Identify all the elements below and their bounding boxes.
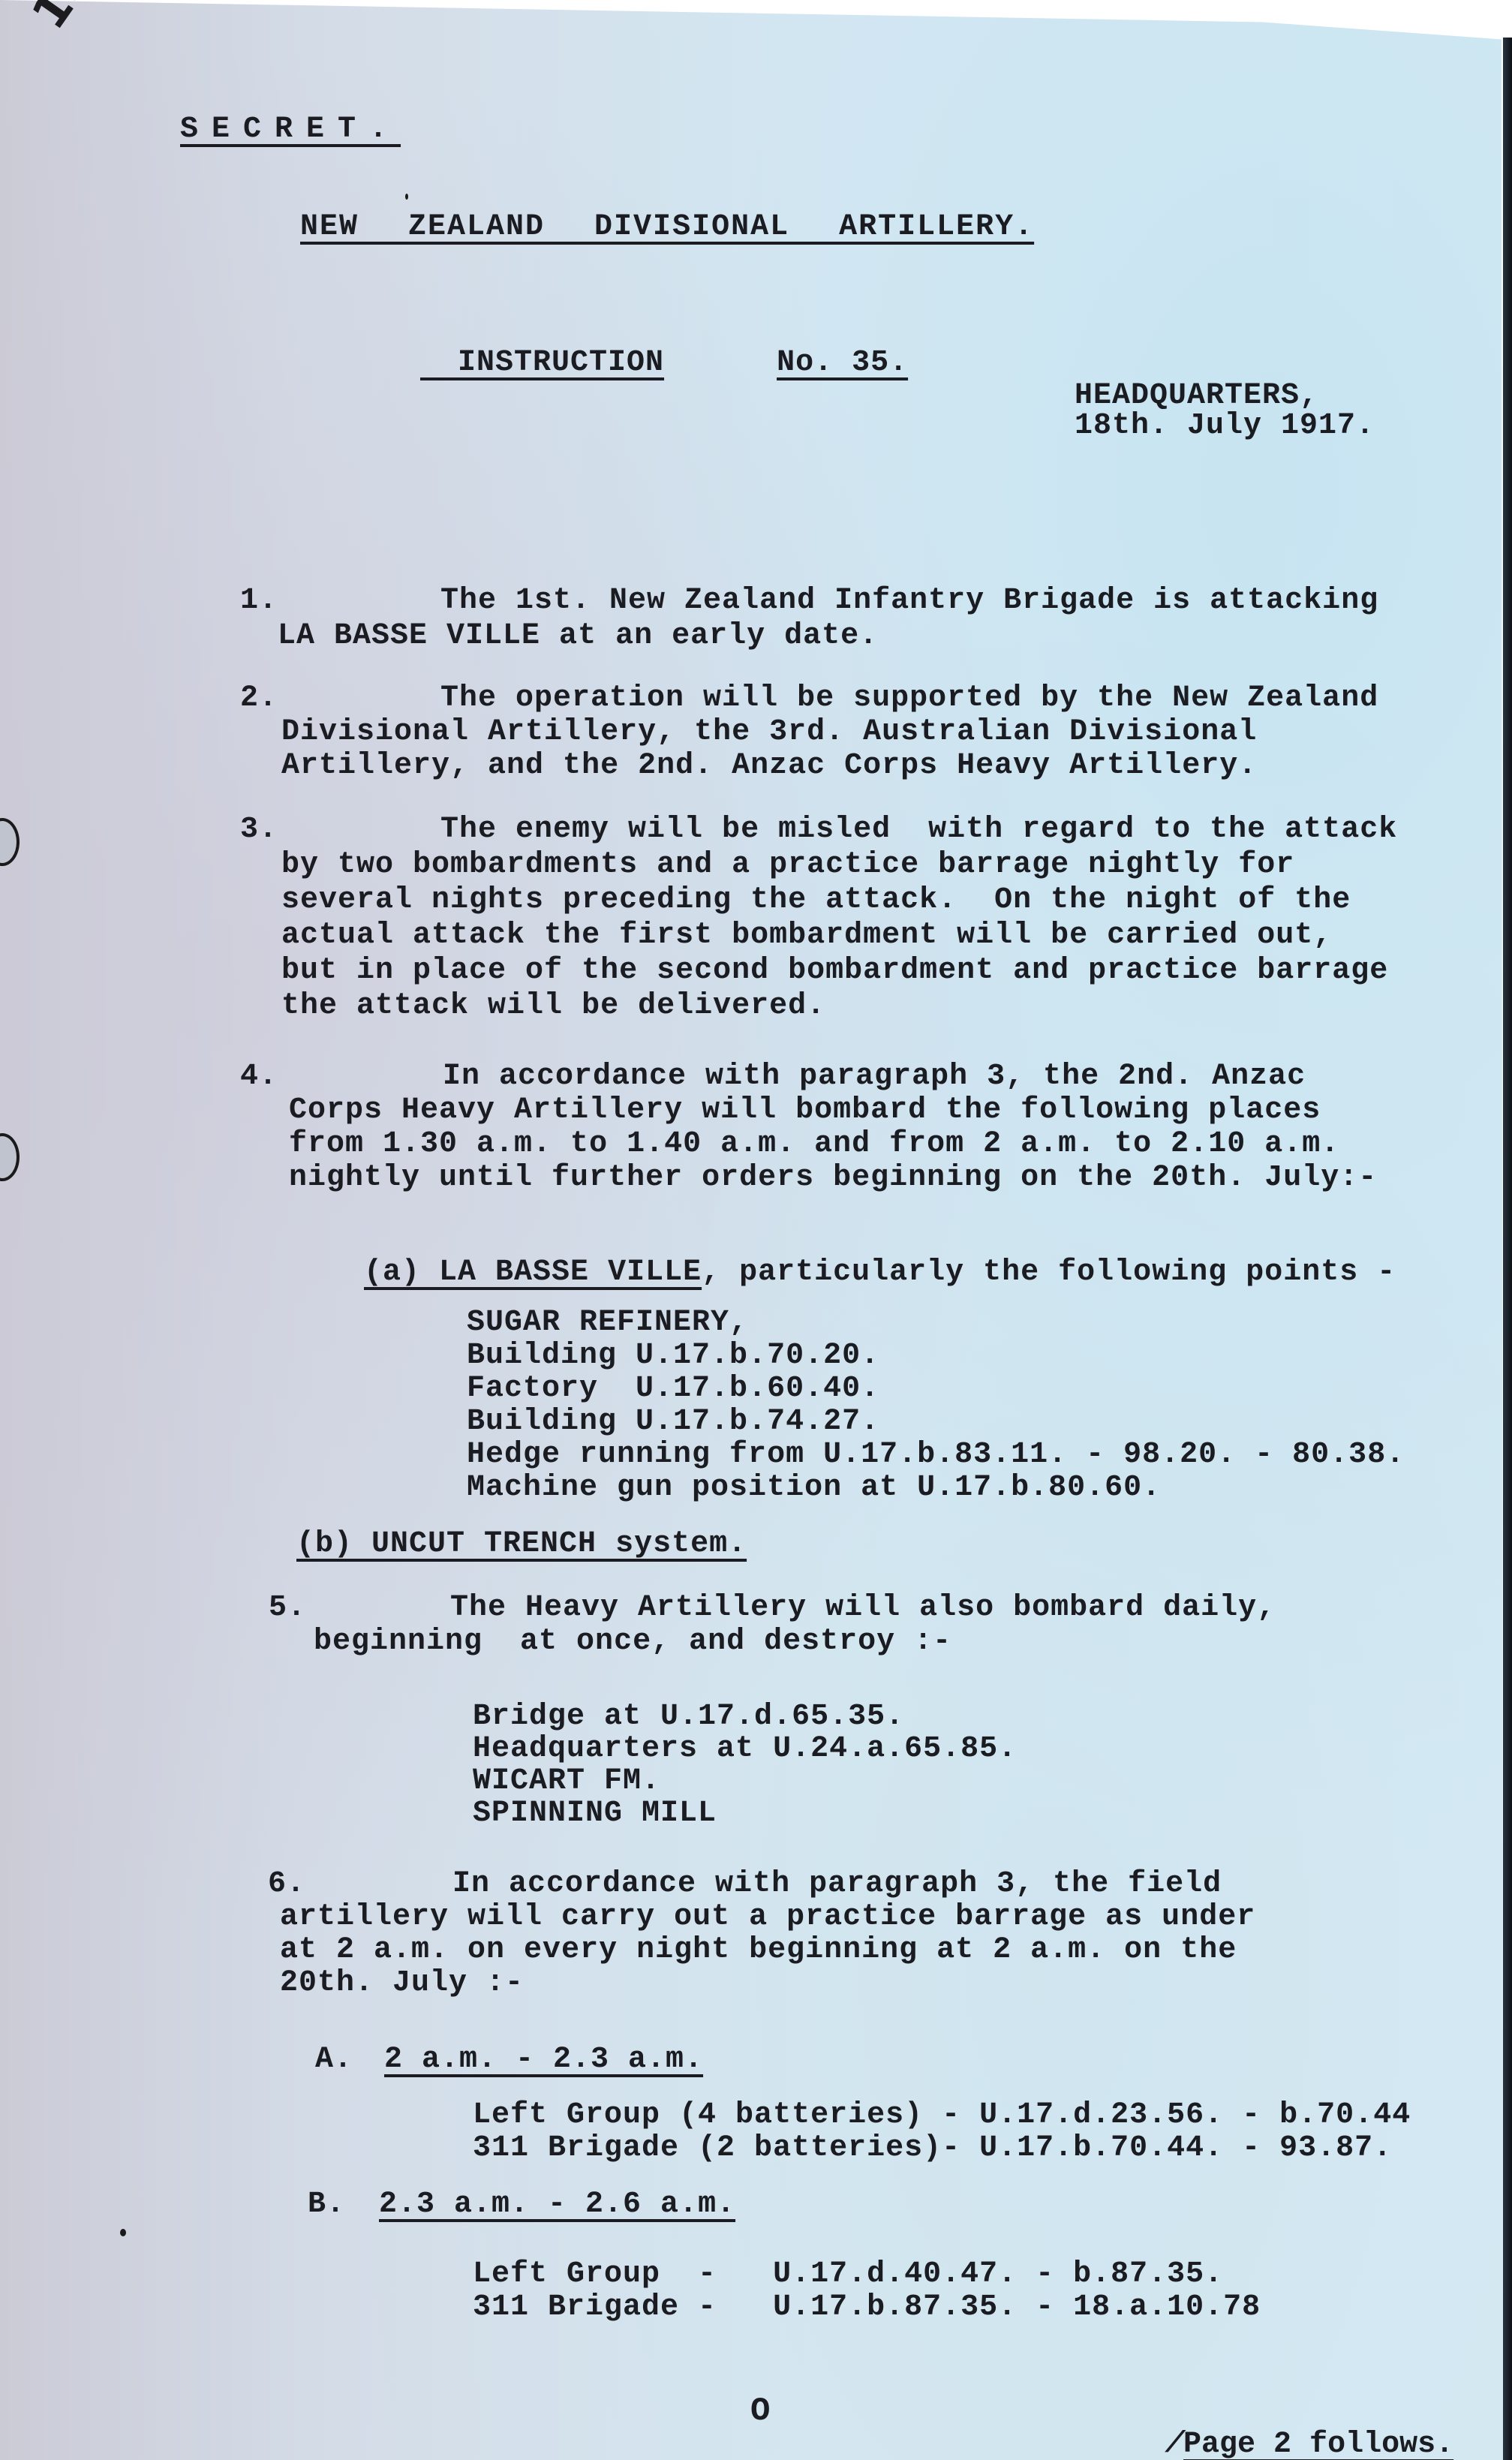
paragraph-number: 4. [240, 1060, 278, 1094]
paragraph-line: nightly until further orders beginning o… [289, 1161, 1377, 1195]
paragraph-line: The operation will be supported by the N… [440, 681, 1378, 716]
paragraph-line: The 1st. New Zealand Infantry Brigade is… [440, 584, 1378, 618]
phase-row: Left Group (4 batteries) - U.17.d.23.56.… [473, 2098, 1411, 2133]
paragraph-line: several nights preceding the attack. On … [281, 883, 1351, 918]
subsection-a-label: (a) LA BASSE VILLE [364, 1256, 702, 1289]
paragraph-number: 2. [240, 681, 278, 716]
paragraph-line: The enemy will be misled with regard to … [440, 813, 1397, 847]
paragraph-line: artillery will carry out a practice barr… [280, 1900, 1255, 1935]
target-item: WICART FM. [473, 1764, 660, 1799]
phase-time: 2.3 a.m. - 2.6 a.m. [379, 2188, 735, 2222]
paragraph-number: 1. [240, 584, 278, 618]
paragraph-line: In accordance with paragraph 3, the 2nd.… [443, 1060, 1306, 1094]
target-item: Headquarters at U.24.a.65.85. [473, 1732, 1017, 1767]
paragraph-line: LA BASSE VILLE at an early date. [278, 619, 878, 654]
paragraph-line: by two bombardments and a practice barra… [281, 848, 1294, 883]
classification-heading: SECRET. [180, 113, 401, 147]
paragraph-number: 3. [240, 813, 278, 847]
continuation-note: /Page 2 follows. [1129, 2394, 1453, 2460]
ink-speck [120, 2229, 126, 2236]
paragraph-line: the attack will be delivered. [281, 989, 825, 1024]
instruction-label: INSTRUCTION [458, 346, 664, 380]
instruction-number: No. 35. [777, 346, 908, 380]
page-center-mark: O [750, 2392, 770, 2430]
subsection-b: (b) UNCUT TRENCH system. [296, 1527, 747, 1562]
paragraph-line: from 1.30 a.m. to 1.40 a.m. and from 2 a… [289, 1127, 1339, 1162]
phase-time: 2 a.m. - 2.3 a.m. [384, 2043, 703, 2077]
phase-letter: A. [315, 2043, 353, 2077]
paragraph-line: at 2 a.m. on every night beginning at 2 … [280, 1933, 1237, 1968]
paragraph-line: but in place of the second bombardment a… [281, 954, 1388, 988]
target-item: Hedge running from U.17.b.83.11. - 98.20… [467, 1438, 1405, 1472]
phase-letter: B. [308, 2188, 345, 2222]
target-item: Building U.17.b.74.27. [467, 1405, 879, 1439]
target-item: Building U.17.b.70.20. [467, 1339, 879, 1373]
phase-row: 311 Brigade - U.17.b.87.35. - 18.a.10.78 [473, 2290, 1261, 2325]
organization-heading: NEW ZEALAND DIVISIONAL ARTILLERY. [300, 210, 1034, 245]
target-item: Factory U.17.b.60.40. [467, 1372, 879, 1406]
continuation-text: Page 2 follows. [1183, 2428, 1453, 2460]
ink-speck [405, 194, 408, 200]
paragraph-line: In accordance with paragraph 3, the fiel… [452, 1867, 1222, 1902]
page-edge-shadow [1503, 38, 1512, 2460]
paragraph-line: Divisional Artillery, the 3rd. Australia… [281, 715, 1257, 750]
subsection-a-text: , particularly the following points - [702, 1256, 1396, 1289]
target-item: SUGAR REFINERY, [467, 1306, 748, 1340]
paragraph-number: 5. [269, 1591, 306, 1625]
paragraph-line: actual attack the first bombardment will… [281, 919, 1332, 953]
target-item: Machine gun position at U.17.b.80.60. [467, 1471, 1161, 1505]
instruction-heading: INSTRUCTIONNo. 35. [420, 311, 908, 380]
date-line: 18th. July 1917. [1075, 409, 1375, 444]
phase-row: 311 Brigade (2 batteries)- U.17.b.70.44.… [473, 2131, 1392, 2166]
paragraph-line: 20th. July :- [280, 1966, 524, 2001]
paragraph-line: Corps Heavy Artillery will bombard the f… [289, 1093, 1321, 1128]
paragraph-line: The Heavy Artillery will also bombard da… [450, 1591, 1276, 1625]
paragraph-line: beginning at once, and destroy :- [314, 1625, 951, 1659]
phase-row: Left Group - U.17.d.40.47. - b.87.35. [473, 2257, 1223, 2292]
paragraph-line: Artillery, and the 2nd. Anzac Corps Heav… [281, 749, 1257, 783]
paragraph-number: 6. [268, 1867, 305, 1902]
subsection-a: (a) LA BASSE VILLE, particularly the fol… [289, 1221, 1396, 1325]
target-item: Bridge at U.17.d.65.35. [473, 1700, 904, 1734]
target-item: SPINNING MILL [473, 1797, 717, 1831]
